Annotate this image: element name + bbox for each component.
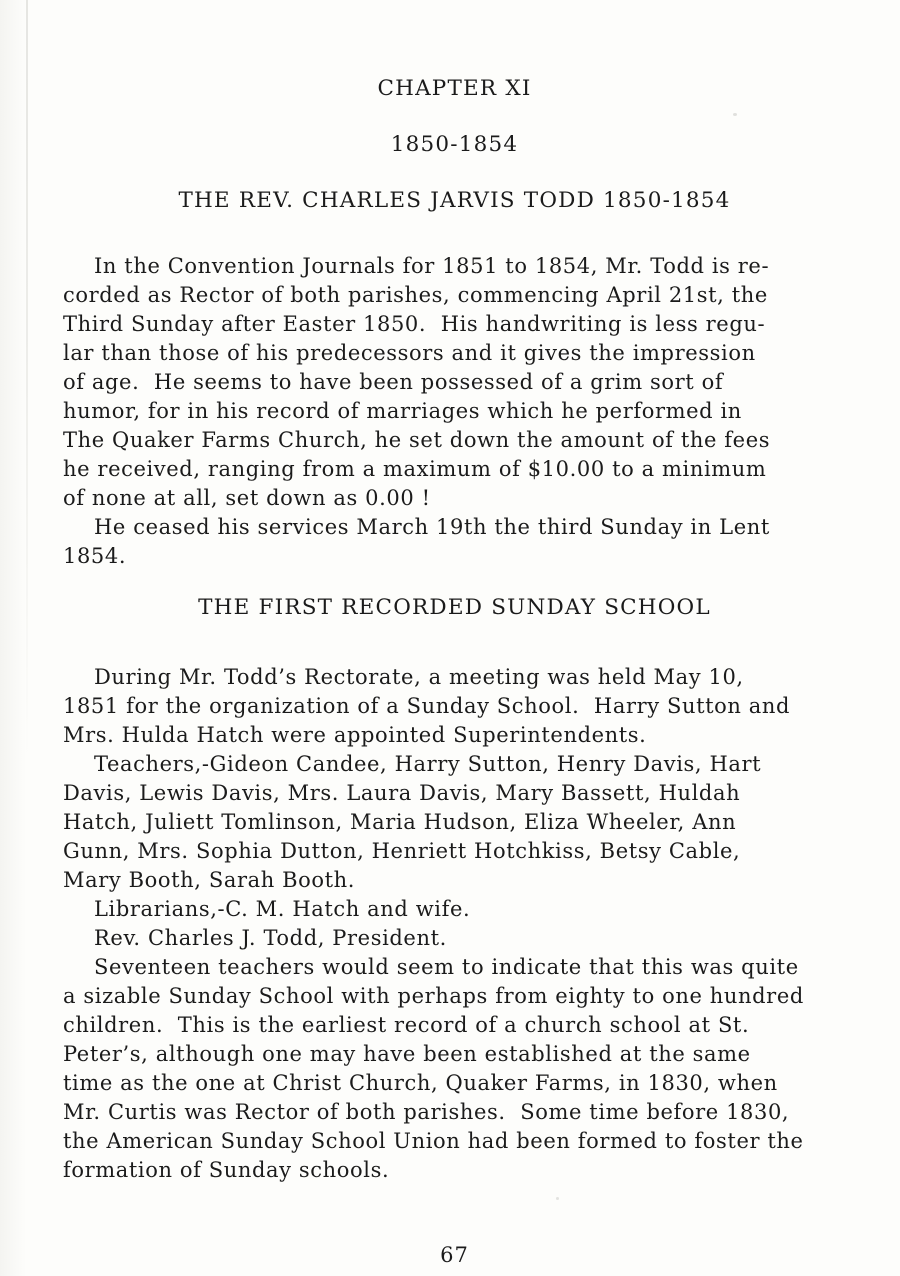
scan-gutter-shade — [0, 0, 26, 1276]
sunday-school-section-body: During Mr. Todd’s Rectorate, a meeting w… — [63, 663, 846, 1185]
scan-gutter-line — [26, 0, 28, 760]
rector-section-body: In the Convention Journals for 1851 to 1… — [63, 252, 846, 571]
paragraph-president: Rev. Charles J. Todd, President. — [63, 924, 846, 953]
page-number: 67 — [63, 1243, 846, 1267]
paragraph-sunday-school-1: During Mr. Todd’s Rectorate, a meeting w… — [63, 663, 846, 750]
paragraph-teachers-list: Teachers,-Gideon Candee, Harry Sutton, H… — [63, 750, 846, 895]
chapter-heading: CHAPTER XI — [63, 74, 846, 103]
page-content: CHAPTER XI 1850-1854 THE REV. CHARLES JA… — [63, 74, 846, 1267]
paragraph-seventeen-teachers: Seventeen teachers would seem to indicat… — [63, 953, 846, 1185]
paragraph-rector-2: He ceased his services March 19th the th… — [63, 513, 846, 571]
paragraph-rector-1: In the Convention Journals for 1851 to 1… — [63, 252, 846, 513]
book-page: CHAPTER XI 1850-1854 THE REV. CHARLES JA… — [0, 0, 900, 1276]
paragraph-librarians: Librarians,-C. M. Hatch and wife. — [63, 895, 846, 924]
section-heading-rector: THE REV. CHARLES JARVIS TODD 1850-1854 — [63, 186, 846, 215]
section-heading-sunday-school: THE FIRST RECORDED SUNDAY SCHOOL — [63, 593, 846, 622]
chapter-years: 1850-1854 — [63, 130, 846, 159]
